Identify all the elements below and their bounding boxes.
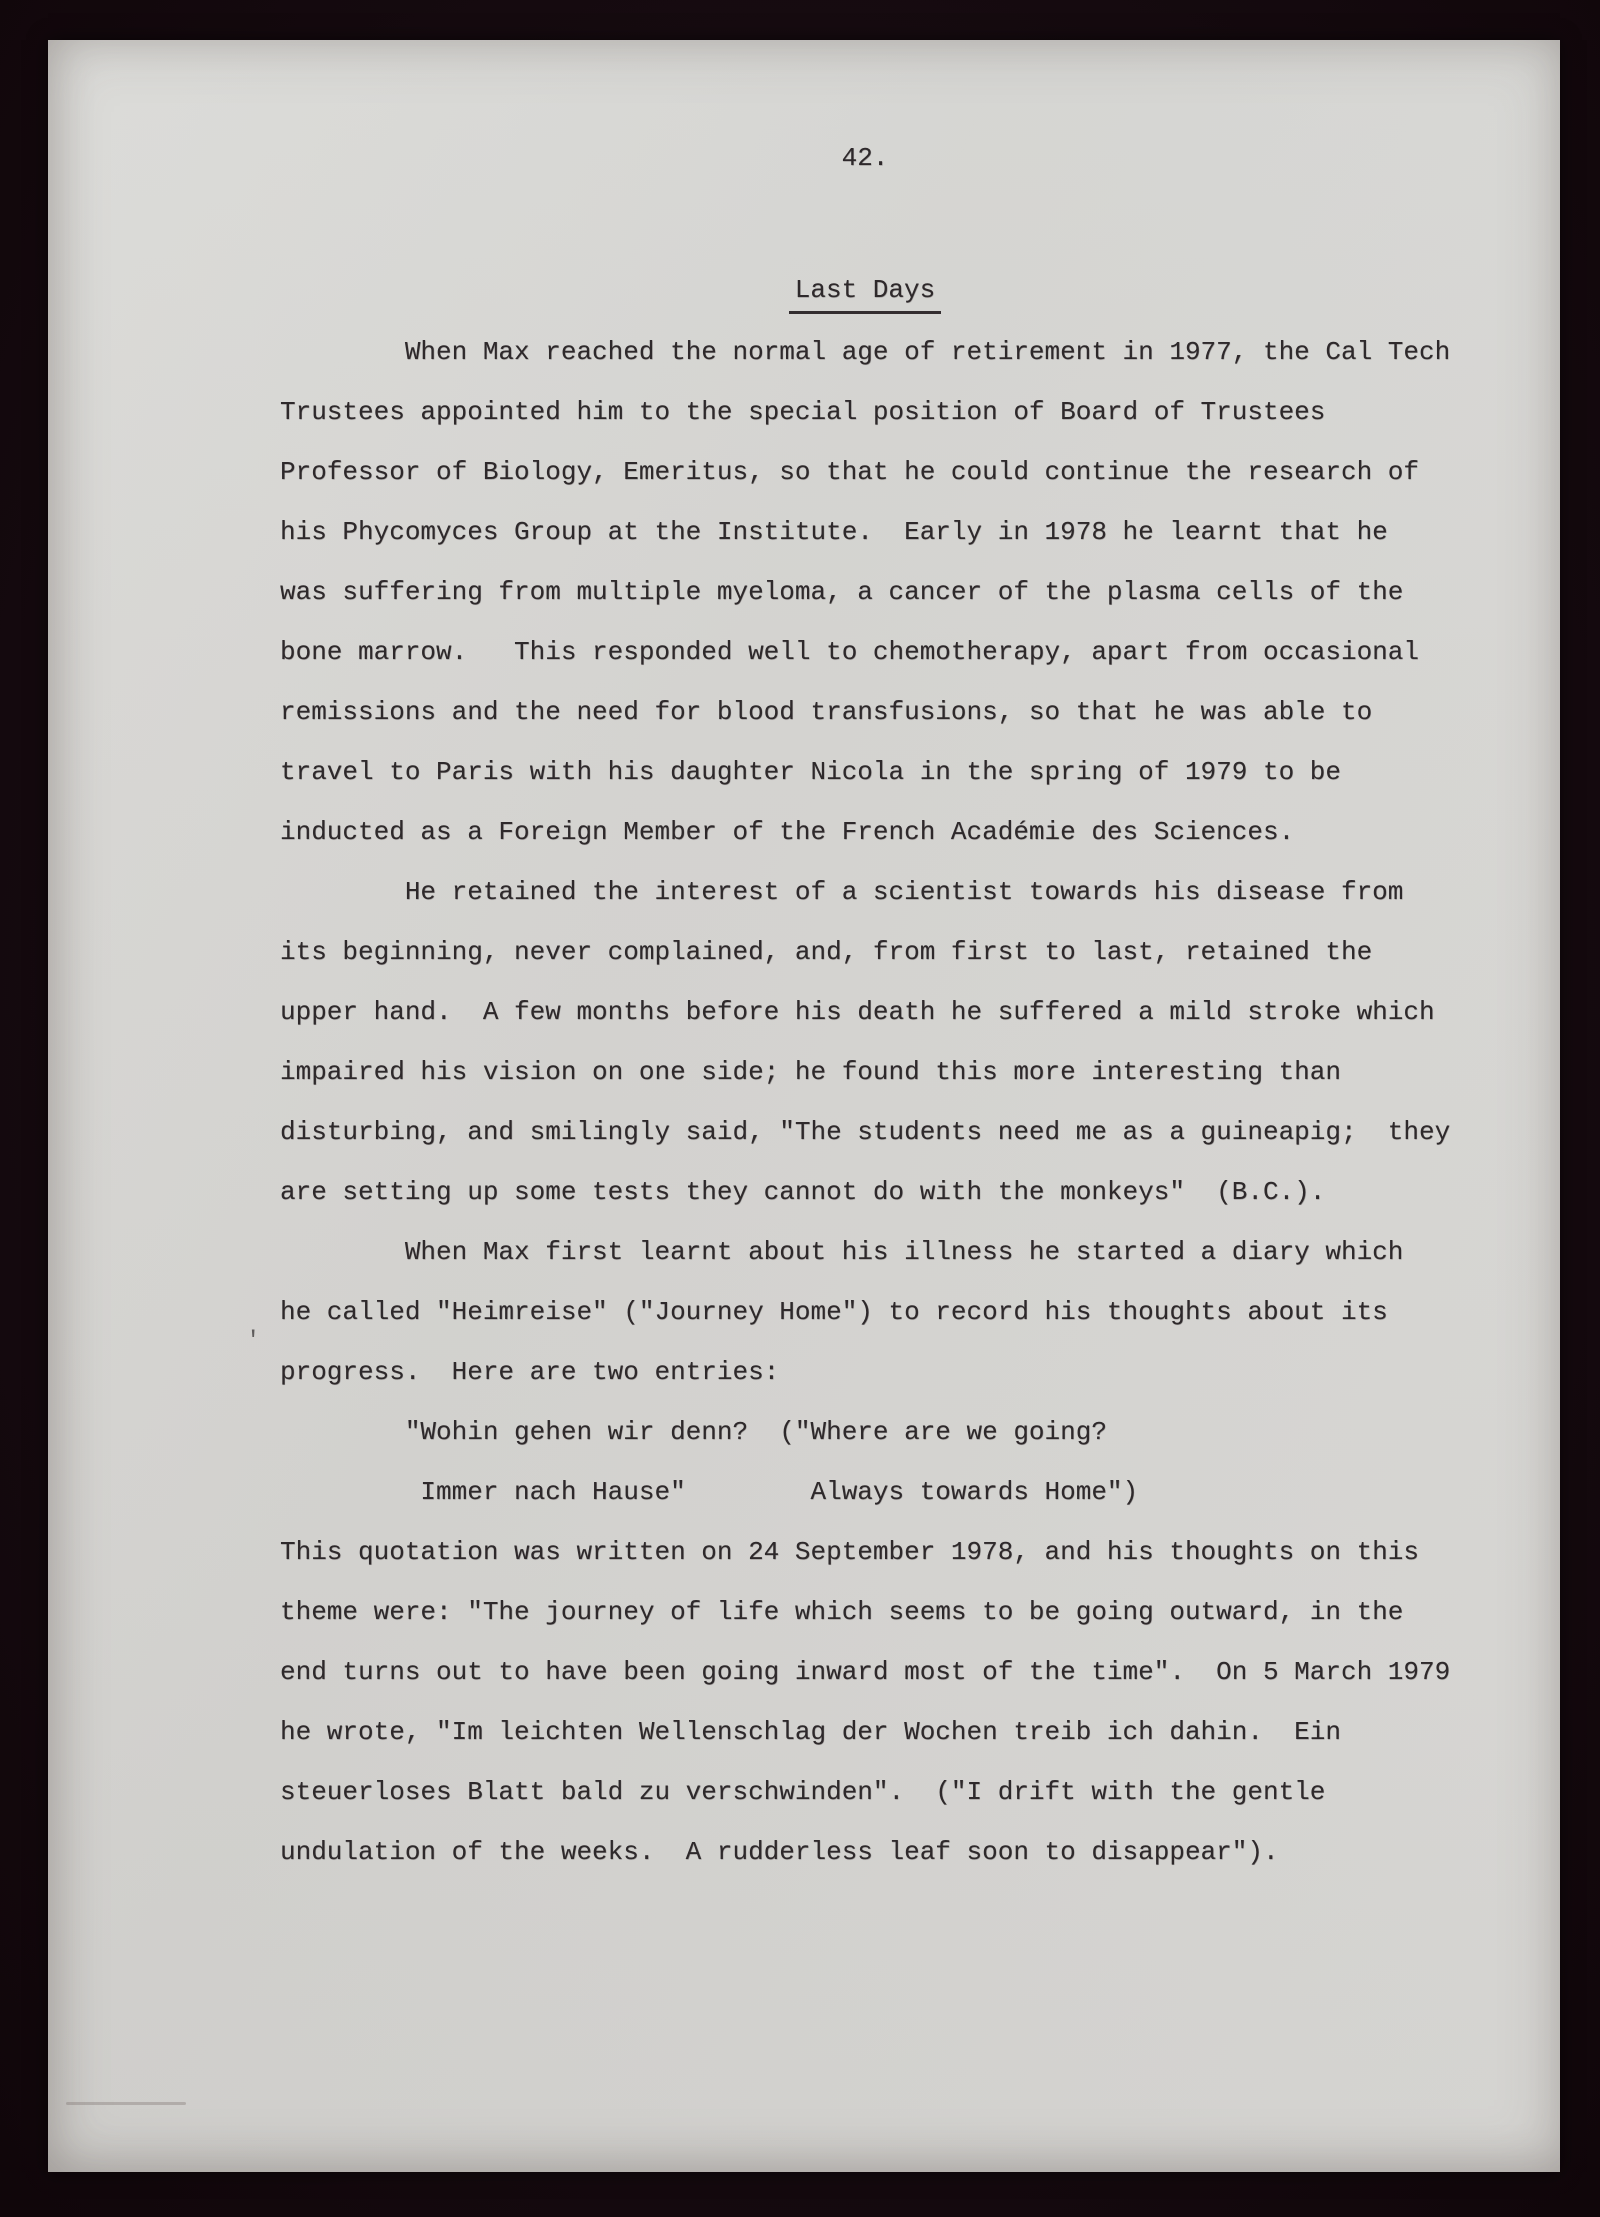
typed-line: When Max reached the normal age of retir… <box>280 322 1520 382</box>
document-page: 42. Last Days When Max reached the norma… <box>48 40 1560 2172</box>
typed-line: bone marrow. This responded well to chem… <box>280 622 1520 682</box>
typed-line: He retained the interest of a scientist … <box>280 862 1520 922</box>
typed-text-block: When Max reached the normal age of retir… <box>280 322 1520 1882</box>
typed-line: inducted as a Foreign Member of the Fren… <box>280 802 1520 862</box>
typed-line: "Wohin gehen wir denn? ("Where are we go… <box>280 1402 1520 1462</box>
typed-line: he called "Heimreise" ("Journey Home") t… <box>280 1282 1520 1342</box>
typed-line: steuerloses Blatt bald zu verschwinden".… <box>280 1762 1520 1822</box>
typed-line: upper hand. A few months before his deat… <box>280 982 1520 1042</box>
typed-line: are setting up some tests they cannot do… <box>280 1162 1520 1222</box>
typed-line: Trustees appointed him to the special po… <box>280 382 1520 442</box>
typed-line: his Phycomyces Group at the Institute. E… <box>280 502 1520 562</box>
scan-speck: ' <box>246 1328 260 1355</box>
typed-line: theme were: "The journey of life which s… <box>280 1582 1520 1642</box>
typed-line: travel to Paris with his daughter Nicola… <box>280 742 1520 802</box>
typed-line: impaired his vision on one side; he foun… <box>280 1042 1520 1102</box>
page-number: 42. <box>280 140 1450 176</box>
typed-line: end turns out to have been going inward … <box>280 1642 1520 1702</box>
typed-line: remissions and the need for blood transf… <box>280 682 1520 742</box>
section-title: Last Days <box>789 272 941 314</box>
typed-line: progress. Here are two entries: <box>280 1342 1520 1402</box>
typed-line: disturbing, and smilingly said, "The stu… <box>280 1102 1520 1162</box>
typed-line: Immer nach Hause" Always towards Home") <box>280 1462 1520 1522</box>
typed-line: its beginning, never complained, and, fr… <box>280 922 1520 982</box>
typed-line: When Max first learnt about his illness … <box>280 1222 1520 1282</box>
typed-line: Professor of Biology, Emeritus, so that … <box>280 442 1520 502</box>
typed-line: was suffering from multiple myeloma, a c… <box>280 562 1520 622</box>
scan-streak <box>66 2102 186 2105</box>
typed-line: This quotation was written on 24 Septemb… <box>280 1522 1520 1582</box>
section-heading: Last Days <box>280 272 1450 314</box>
typed-line: he wrote, "Im leichten Wellenschlag der … <box>280 1702 1520 1762</box>
typed-line: undulation of the weeks. A rudderless le… <box>280 1822 1520 1882</box>
